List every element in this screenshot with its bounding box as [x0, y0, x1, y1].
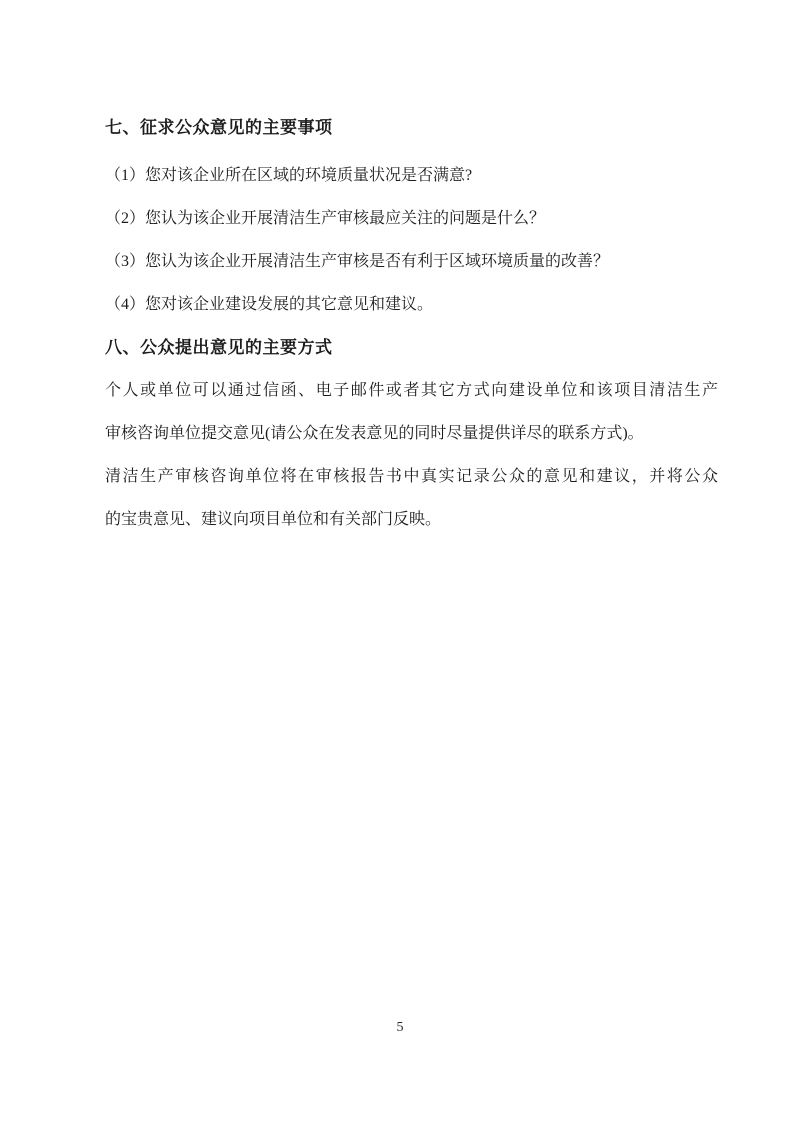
question-item-1: （1）您对该企业所在区域的环境质量状况是否满意?	[105, 154, 718, 197]
document-page: 七、征求公众意见的主要事项 （1）您对该企业所在区域的环境质量状况是否满意? （…	[0, 0, 800, 1131]
paragraph-line-3: 清洁生产审核咨询单位将在审核报告书中真实记录公众的意见和建议，并将公众	[105, 455, 718, 498]
question-item-2: （2）您认为该企业开展清洁生产审核最应关注的问题是什么？	[105, 197, 718, 240]
document-body: 七、征求公众意见的主要事项 （1）您对该企业所在区域的环境质量状况是否满意? （…	[105, 106, 718, 541]
question-item-3: （3）您认为该企业开展清洁生产审核是否有利于区域环境质量的改善？	[105, 240, 718, 283]
section-8-heading: 八、公众提出意见的主要方式	[105, 326, 718, 369]
paragraph-line-2: 审核咨询单位提交意见(请公众在发表意见的同时尽量提供详尽的联系方式)。	[105, 412, 718, 455]
paragraph-line-1: 个人或单位可以通过信函、电子邮件或者其它方式向建设单位和该项目清洁生产	[105, 369, 718, 412]
question-item-4: （4）您对该企业建设发展的其它意见和建议。	[105, 283, 718, 326]
page-number: 5	[0, 1018, 800, 1038]
section-7-heading: 七、征求公众意见的主要事项	[105, 106, 718, 149]
paragraph-line-4: 的宝贵意见、建议向项目单位和有关部门反映。	[105, 498, 718, 541]
